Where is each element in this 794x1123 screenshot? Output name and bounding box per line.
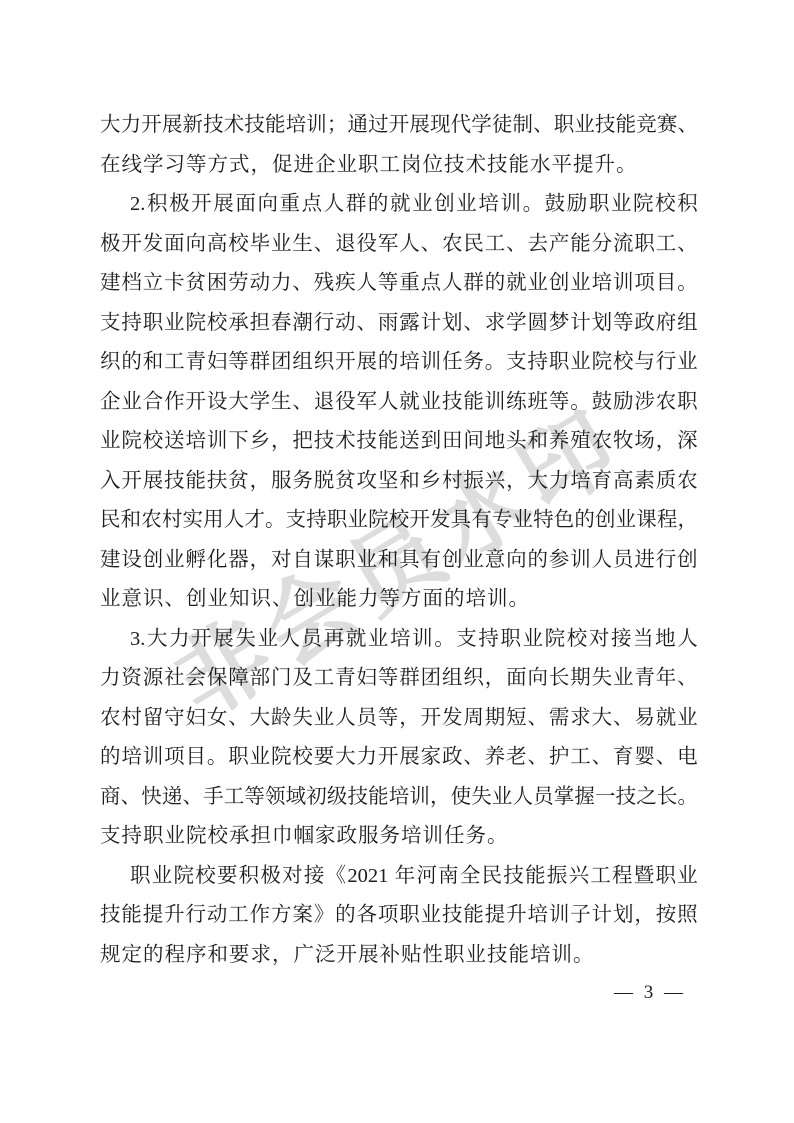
text-line: 业意识、创业知识、创业能力等方面的培训。: [100, 580, 698, 620]
text-line: 入开展技能扶贫，服务脱贫攻坚和乡村振兴，大力培育高素质农: [100, 462, 698, 502]
text-line: 支持职业院校承担巾帼家政服务培训任务。: [100, 817, 698, 857]
text-line: 在线学习等方式，促进企业职工岗位技术技能水平提升。: [100, 146, 698, 186]
text-line: 织的和工青妇等群团组织开展的培训任务。支持职业院校与行业: [100, 343, 698, 383]
text-line: 力资源社会保障部门及工青妇等群团组织，面向长期失业青年、: [100, 659, 698, 699]
text-line: 规定的程序和要求，广泛开展补贴性职业技能培训。: [100, 936, 698, 976]
document-body: 大力开展新技术技能培训；通过开展现代学徒制、职业技能竞赛、 在线学习等方式，促进…: [100, 106, 698, 975]
text-line: 技能提升行动工作方案》的各项职业技能提升培训子计划，按照: [100, 896, 698, 936]
text-line: 企业合作开设大学生、退役军人就业技能训练班等。鼓励涉农职: [100, 383, 698, 423]
text-line: 农村留守妇女、大龄失业人员等，开发周期短、需求大、易就业: [100, 699, 698, 739]
text-line: 业院校送培训下乡，把技术技能送到田间地头和养殖农牧场，深: [100, 422, 698, 462]
text-line: 3.大力开展失业人员再就业培训。支持职业院校对接当地人: [100, 620, 698, 660]
text-line: 建档立卡贫困劳动力、残疾人等重点人群的就业创业培训项目。: [100, 264, 698, 304]
text-line: 2.积极开展面向重点人群的就业创业培训。鼓励职业院校积: [100, 185, 698, 225]
text-line: 支持职业院校承担春潮行动、雨露计划、求学圆梦计划等政府组: [100, 304, 698, 344]
text-line: 的培训项目。职业院校要大力开展家政、养老、护工、育婴、电: [100, 738, 698, 778]
text-line: 建设创业孵化器，对自谋职业和具有创业意向的参训人员进行创: [100, 541, 698, 581]
text-line: 大力开展新技术技能培训；通过开展现代学徒制、职业技能竞赛、: [100, 106, 698, 146]
text-line: 职业院校要积极对接《2021 年河南全民技能振兴工程暨职业: [100, 857, 698, 897]
page-number: — 3 —: [614, 982, 686, 1004]
text-line: 民和农村实用人才。支持职业院校开发具有专业特色的创业课程，: [100, 501, 698, 541]
text-line: 极开发面向高校毕业生、退役军人、农民工、去产能分流职工、: [100, 225, 698, 265]
text-line: 商、快递、手工等领域初级技能培训，使失业人员掌握一技之长。: [100, 778, 698, 818]
document-page: 非会员水印 大力开展新技术技能培训；通过开展现代学徒制、职业技能竞赛、 在线学习…: [0, 0, 794, 1123]
